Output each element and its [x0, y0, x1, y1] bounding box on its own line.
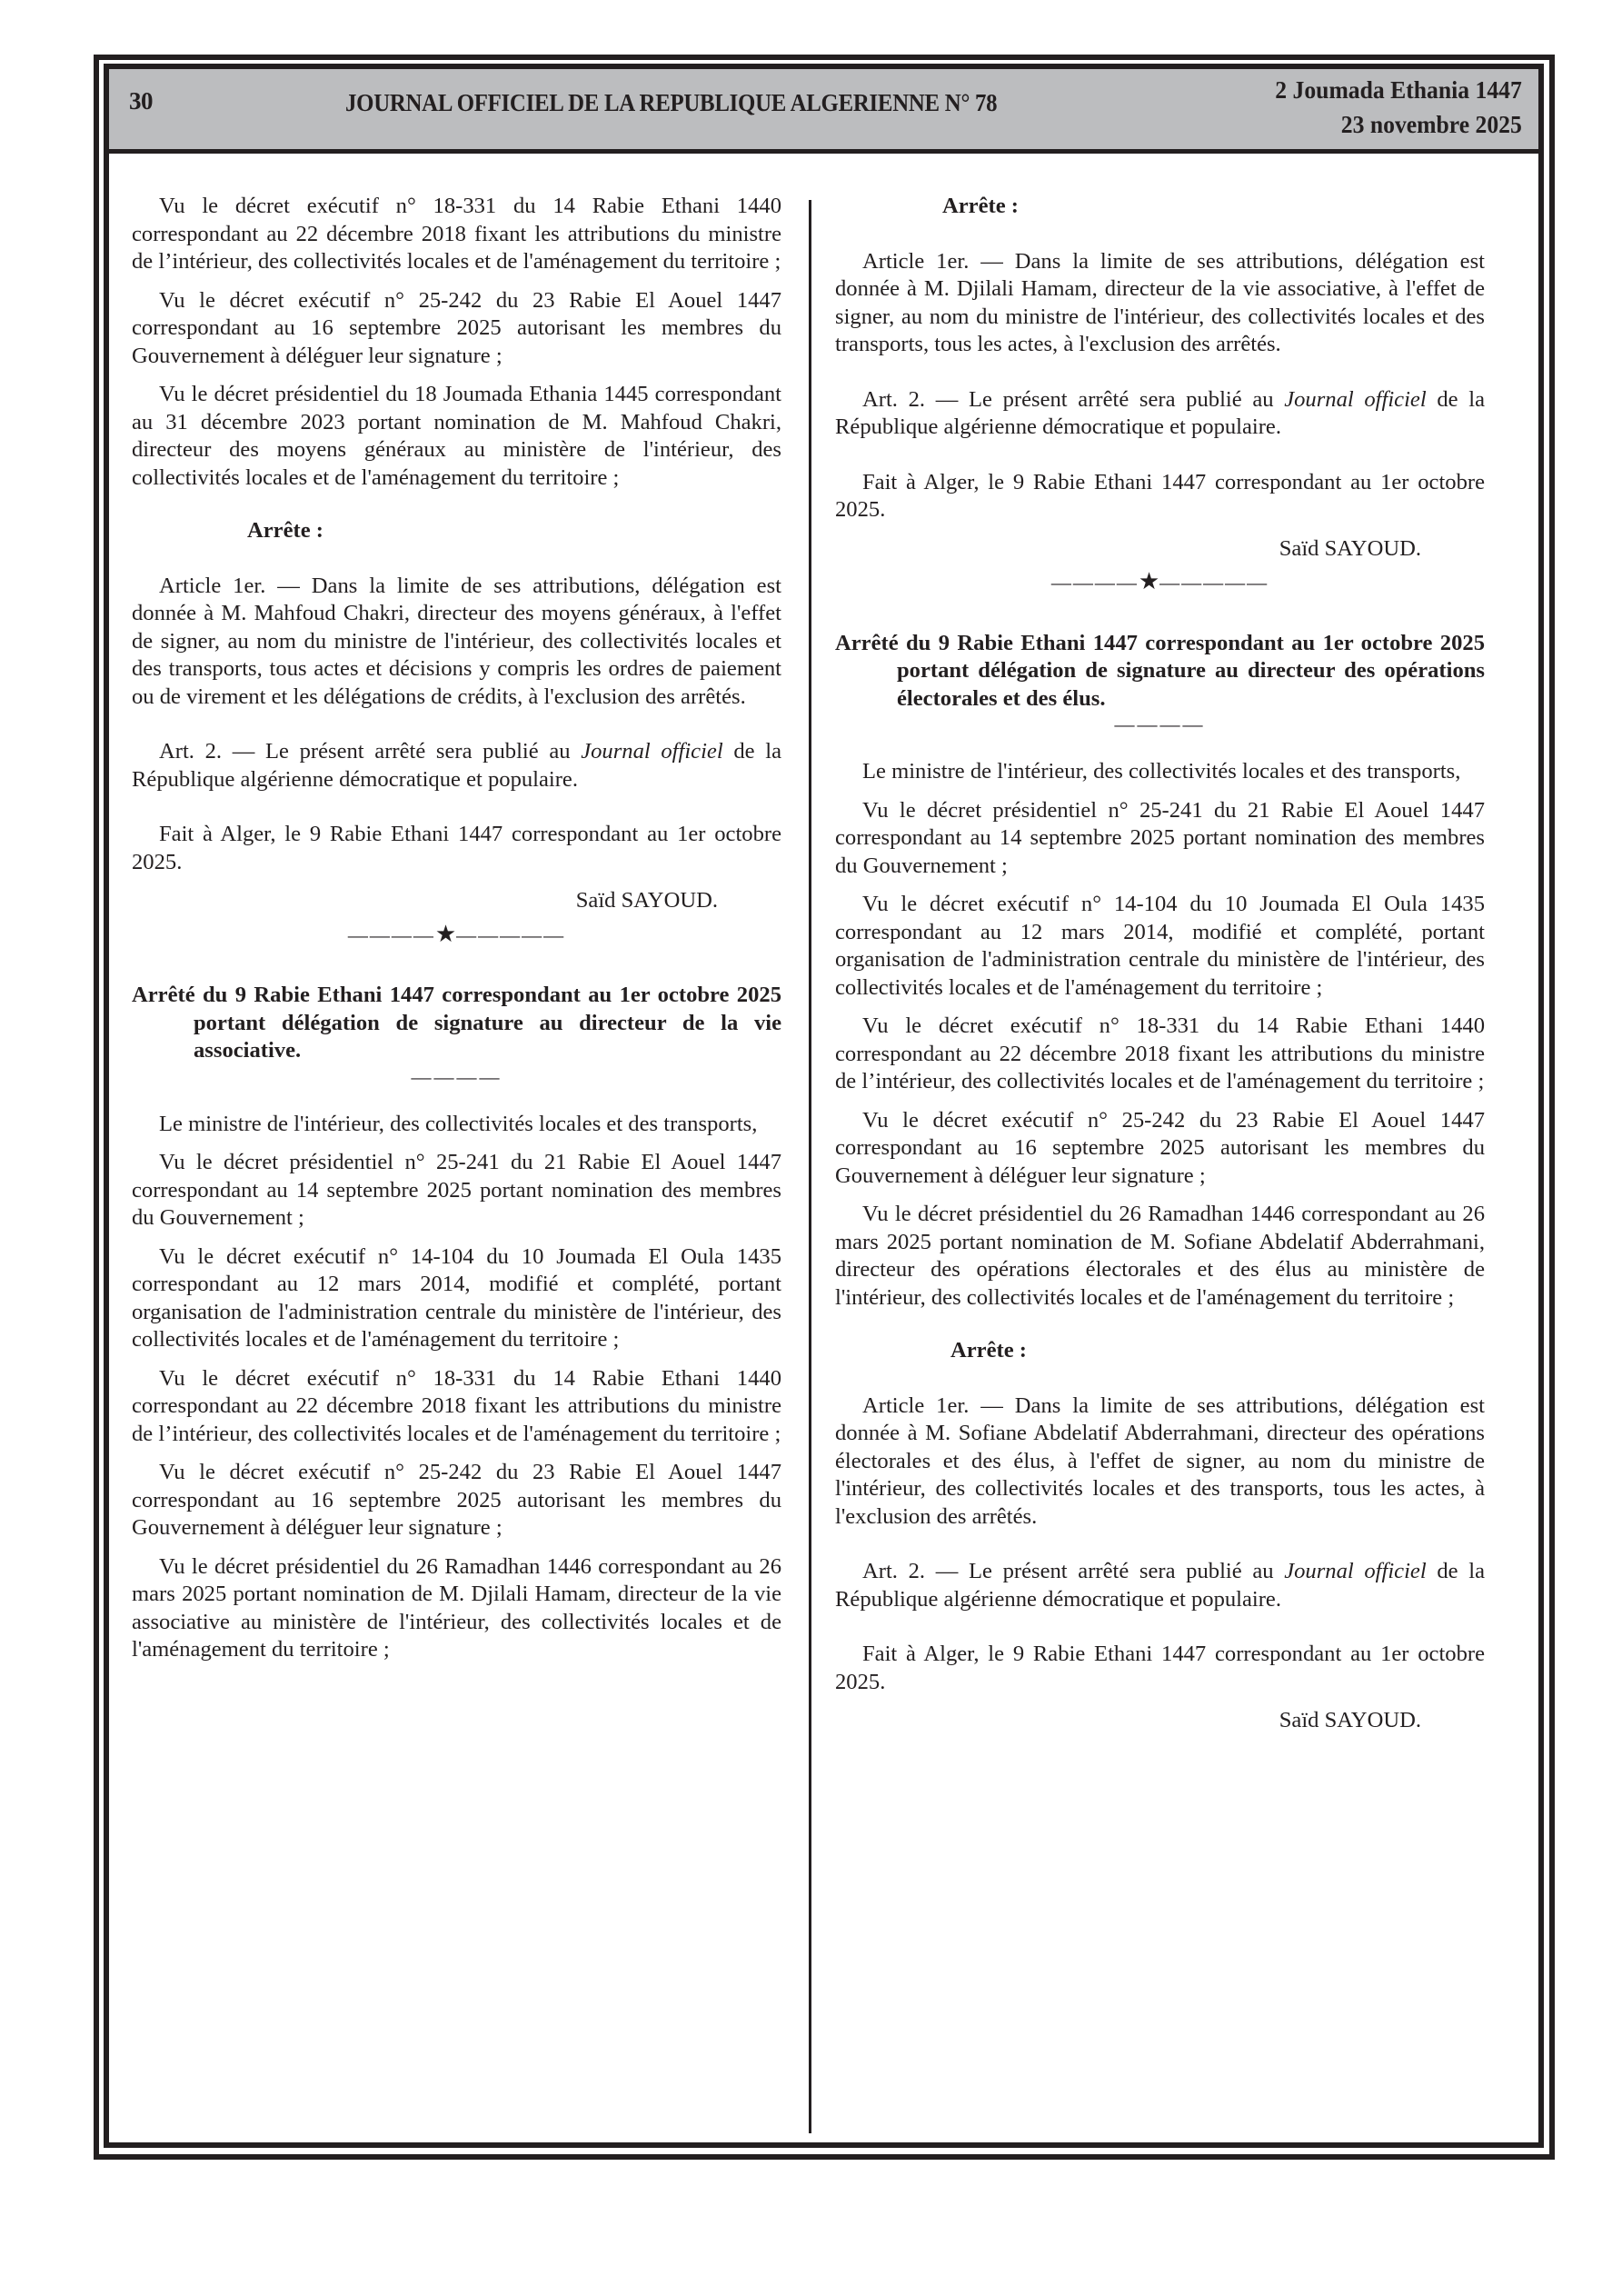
journal-officiel-italic: Journal officiel	[1284, 1559, 1426, 1583]
separator-dashes: ————	[348, 923, 435, 946]
journal-officiel-italic: Journal officiel	[1284, 387, 1426, 412]
article-2: Art. 2. — Le présent arrêté sera publié …	[835, 1558, 1485, 1613]
visa-paragraph: Vu le décret exécutif n° 14-104 du 10 Jo…	[835, 891, 1485, 1002]
page-number: 30	[129, 87, 153, 115]
visa-paragraph: Vu le décret exécutif n° 25-242 du 23 Ra…	[132, 1459, 781, 1542]
separator-dashes: —————	[1159, 571, 1269, 594]
preamble-paragraph: Le ministre de l'intérieur, des collecti…	[132, 1111, 781, 1139]
article-2: Art. 2. — Le présent arrêté sera publié …	[132, 738, 781, 794]
title-rule: ————	[132, 1067, 781, 1087]
visa-paragraph: Vu le décret exécutif n° 14-104 du 10 Jo…	[132, 1243, 781, 1354]
arrete-heading: Arrête :	[132, 517, 781, 545]
arrete-heading: Arrête :	[835, 193, 1485, 221]
visa-paragraph: Vu le décret présidentiel du 26 Ramadhan…	[835, 1201, 1485, 1312]
journal-header: 30 JOURNAL OFFICIEL DE LA REPUBLIQUE ALG…	[109, 69, 1538, 154]
decision-title: Arrêté du 9 Rabie Ethani 1447 correspond…	[132, 982, 781, 1065]
article-2-text: Art. 2. — Le présent arrêté sera publié …	[159, 739, 581, 764]
star-icon: ★	[435, 921, 456, 947]
article-2-text: Art. 2. — Le présent arrêté sera publié …	[862, 1559, 1284, 1583]
signature: Saïd SAYOUD.	[132, 887, 781, 915]
visa-paragraph: Vu le décret exécutif n° 25-242 du 23 Ra…	[835, 1107, 1485, 1191]
separator-dashes: —————	[456, 923, 565, 946]
title-rule: ————	[835, 714, 1485, 734]
hijri-date: 2 Joumada Ethania 1447	[1275, 73, 1522, 107]
separator-dashes: ————	[1051, 571, 1139, 594]
decision-title: Arrêté du 9 Rabie Ethani 1447 correspond…	[835, 630, 1485, 714]
journal-title: JOURNAL OFFICIEL DE LA REPUBLIQUE ALGERI…	[345, 89, 997, 117]
star-icon: ★	[1139, 568, 1159, 594]
visa-paragraph: Vu le décret présidentiel n° 25-241 du 2…	[132, 1149, 781, 1233]
visa-paragraph: Vu le décret présidentiel du 26 Ramadhan…	[132, 1553, 781, 1664]
issue-dates: 2 Joumada Ethania 1447 23 novembre 2025	[1262, 73, 1522, 142]
right-column: Arrête : Article 1er. — Dans la limite d…	[835, 193, 1485, 1735]
arrete-heading: Arrête :	[835, 1337, 1485, 1365]
visa-paragraph: Vu le décret exécutif n° 18-331 du 14 Ra…	[132, 193, 781, 276]
article-1: Article 1er. — Dans la limite de ses att…	[835, 248, 1485, 359]
section-separator: ————★—————	[835, 568, 1485, 597]
visa-paragraph: Vu le décret exécutif n° 25-242 du 23 Ra…	[132, 287, 781, 371]
article-2: Art. 2. — Le présent arrêté sera publié …	[835, 386, 1485, 442]
signature: Saïd SAYOUD.	[835, 535, 1485, 564]
visa-paragraph: Vu le décret présidentiel du 18 Joumada …	[132, 381, 781, 492]
column-divider	[809, 200, 811, 2133]
article-1: Article 1er. — Dans la limite de ses att…	[835, 1393, 1485, 1532]
signature: Saïd SAYOUD.	[835, 1707, 1485, 1735]
visa-paragraph: Vu le décret présidentiel n° 25-241 du 2…	[835, 797, 1485, 881]
visa-paragraph: Vu le décret exécutif n° 18-331 du 14 Ra…	[835, 1013, 1485, 1096]
done-at: Fait à Alger, le 9 Rabie Ethani 1447 cor…	[835, 469, 1485, 524]
done-at: Fait à Alger, le 9 Rabie Ethani 1447 cor…	[835, 1641, 1485, 1696]
article-1: Article 1er. — Dans la limite de ses att…	[132, 573, 781, 712]
journal-officiel-italic: Journal officiel	[581, 739, 722, 764]
section-separator: ————★—————	[132, 921, 781, 950]
done-at: Fait à Alger, le 9 Rabie Ethani 1447 cor…	[132, 821, 781, 876]
visa-paragraph: Vu le décret exécutif n° 18-331 du 14 Ra…	[132, 1365, 781, 1449]
article-2-text: Art. 2. — Le présent arrêté sera publié …	[862, 387, 1284, 412]
preamble-paragraph: Le ministre de l'intérieur, des collecti…	[835, 758, 1485, 786]
left-column: Vu le décret exécutif n° 18-331 du 14 Ra…	[132, 193, 781, 1675]
gregorian-date: 23 novembre 2025	[1275, 107, 1522, 142]
